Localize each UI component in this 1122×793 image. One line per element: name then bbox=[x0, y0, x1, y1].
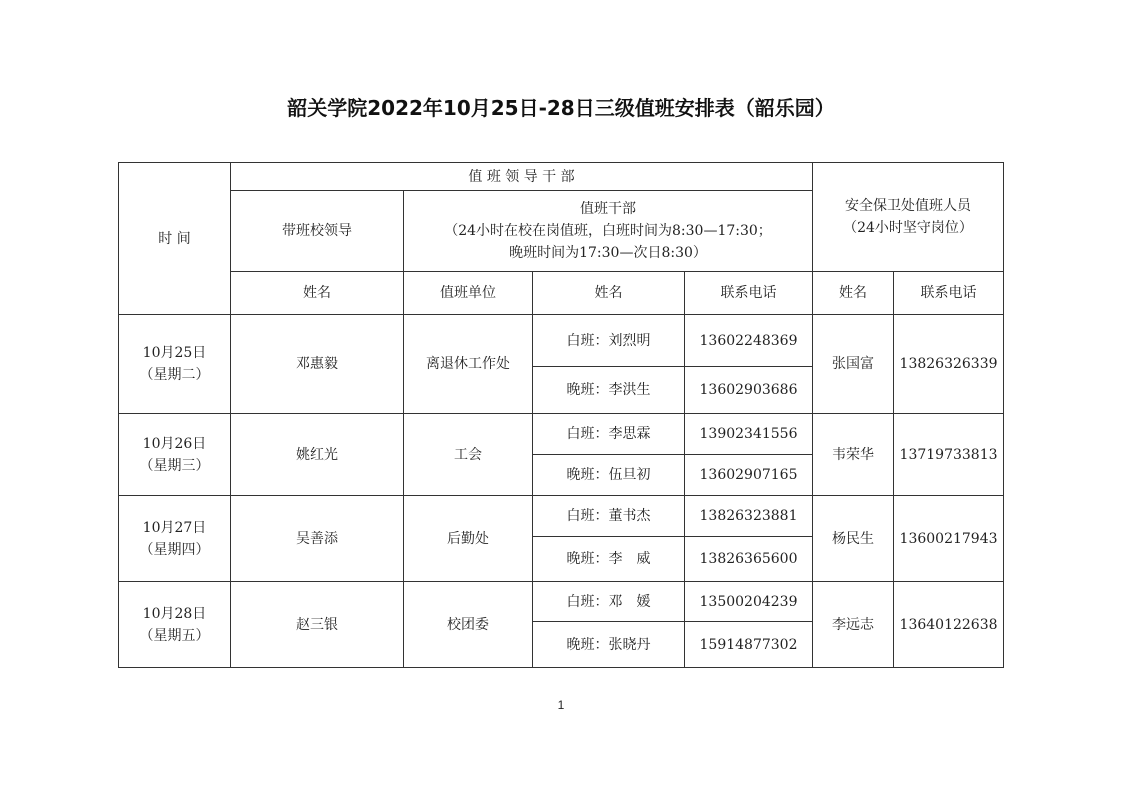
weekday: （星期五） bbox=[119, 625, 230, 647]
header-row-3: 姓名 值班单位 姓名 联系电话 姓名 联系电话 bbox=[119, 272, 1004, 315]
date-cell: 10月26日 （星期三） bbox=[119, 414, 231, 496]
security-name: 张国富 bbox=[813, 315, 894, 414]
date-cell: 10月25日 （星期二） bbox=[119, 315, 231, 414]
day-shift: 白班：李思霖 bbox=[533, 414, 685, 455]
security-name: 韦荣华 bbox=[813, 414, 894, 496]
night-phone: 13826365600 bbox=[685, 537, 813, 582]
header-school-leader: 带班校领导 bbox=[231, 191, 404, 272]
night-phone: 13602903686 bbox=[685, 367, 813, 414]
day-shift: 白班：董书杰 bbox=[533, 496, 685, 537]
weekday: （星期二） bbox=[119, 364, 230, 386]
night-shift: 晚班：伍旦初 bbox=[533, 455, 685, 496]
security-phone: 13600217943 bbox=[894, 496, 1004, 582]
col-unit: 值班单位 bbox=[404, 272, 533, 315]
col-leader-name: 姓名 bbox=[231, 272, 404, 315]
security-name: 李远志 bbox=[813, 582, 894, 668]
security-name: 杨民生 bbox=[813, 496, 894, 582]
leader-name: 赵三银 bbox=[231, 582, 404, 668]
duty-unit: 工会 bbox=[404, 414, 533, 496]
col-cadre-name: 姓名 bbox=[533, 272, 685, 315]
duty-cadre-note-2: 晚班时间为17:30—次日8:30） bbox=[404, 242, 812, 264]
duty-schedule-table: 时 间 值 班 领 导 干 部 安全保卫处值班人员 （24小时坚守岗位） 带班校… bbox=[118, 162, 1004, 668]
duty-unit: 离退休工作处 bbox=[404, 315, 533, 414]
day-shift: 白班：刘烈明 bbox=[533, 315, 685, 367]
table-row: 10月26日 （星期三） 姚红光 工会 白班：李思霖 13902341556 韦… bbox=[119, 414, 1004, 455]
leader-name: 吴善添 bbox=[231, 496, 404, 582]
duty-unit: 校团委 bbox=[404, 582, 533, 668]
day-phone: 13602248369 bbox=[685, 315, 813, 367]
security-phone: 13719733813 bbox=[894, 414, 1004, 496]
header-row-1: 时 间 值 班 领 导 干 部 安全保卫处值班人员 （24小时坚守岗位） bbox=[119, 163, 1004, 191]
night-shift: 晚班：李洪生 bbox=[533, 367, 685, 414]
date: 10月28日 bbox=[119, 603, 230, 625]
header-leaders-group: 值 班 领 导 干 部 bbox=[231, 163, 813, 191]
night-shift: 晚班：李 威 bbox=[533, 537, 685, 582]
document-title: 韶关学院2022年10月25日-28日三级值班安排表（韶乐园） bbox=[0, 92, 1122, 121]
weekday: （星期三） bbox=[119, 455, 230, 477]
security-phone: 13826326339 bbox=[894, 315, 1004, 414]
table-row: 10月25日 （星期二） 邓惠毅 离退休工作处 白班：刘烈明 136022483… bbox=[119, 315, 1004, 367]
date: 10月26日 bbox=[119, 433, 230, 455]
day-phone: 13500204239 bbox=[685, 582, 813, 622]
leader-name: 邓惠毅 bbox=[231, 315, 404, 414]
header-duty-cadre: 值班干部 （24小时在校在岗值班，白班时间为8:30—17:30； 晚班时间为1… bbox=[404, 191, 813, 272]
col-security-phone: 联系电话 bbox=[894, 272, 1004, 315]
col-cadre-phone: 联系电话 bbox=[685, 272, 813, 315]
security-title: 安全保卫处值班人员 bbox=[813, 195, 1003, 217]
header-security: 安全保卫处值班人员 （24小时坚守岗位） bbox=[813, 163, 1004, 272]
duty-cadre-title: 值班干部 bbox=[404, 198, 812, 220]
day-phone: 13902341556 bbox=[685, 414, 813, 455]
security-phone: 13640122638 bbox=[894, 582, 1004, 668]
leader-name: 姚红光 bbox=[231, 414, 404, 496]
weekday: （星期四） bbox=[119, 539, 230, 561]
night-phone: 15914877302 bbox=[685, 622, 813, 668]
col-security-name: 姓名 bbox=[813, 272, 894, 315]
duty-unit: 后勤处 bbox=[404, 496, 533, 582]
date-cell: 10月27日 （星期四） bbox=[119, 496, 231, 582]
page-number: 1 bbox=[0, 698, 1122, 712]
security-note: （24小时坚守岗位） bbox=[813, 217, 1003, 239]
date: 10月25日 bbox=[119, 342, 230, 364]
table-row: 10月28日 （星期五） 赵三银 校团委 白班：邓 媛 13500204239 … bbox=[119, 582, 1004, 622]
night-shift: 晚班：张晓丹 bbox=[533, 622, 685, 668]
night-phone: 13602907165 bbox=[685, 455, 813, 496]
duty-cadre-note-1: （24小时在校在岗值班，白班时间为8:30—17:30； bbox=[404, 220, 812, 242]
day-phone: 13826323881 bbox=[685, 496, 813, 537]
day-shift: 白班：邓 媛 bbox=[533, 582, 685, 622]
header-time: 时 间 bbox=[119, 163, 231, 315]
date: 10月27日 bbox=[119, 517, 230, 539]
date-cell: 10月28日 （星期五） bbox=[119, 582, 231, 668]
table-row: 10月27日 （星期四） 吴善添 后勤处 白班：董书杰 13826323881 … bbox=[119, 496, 1004, 537]
